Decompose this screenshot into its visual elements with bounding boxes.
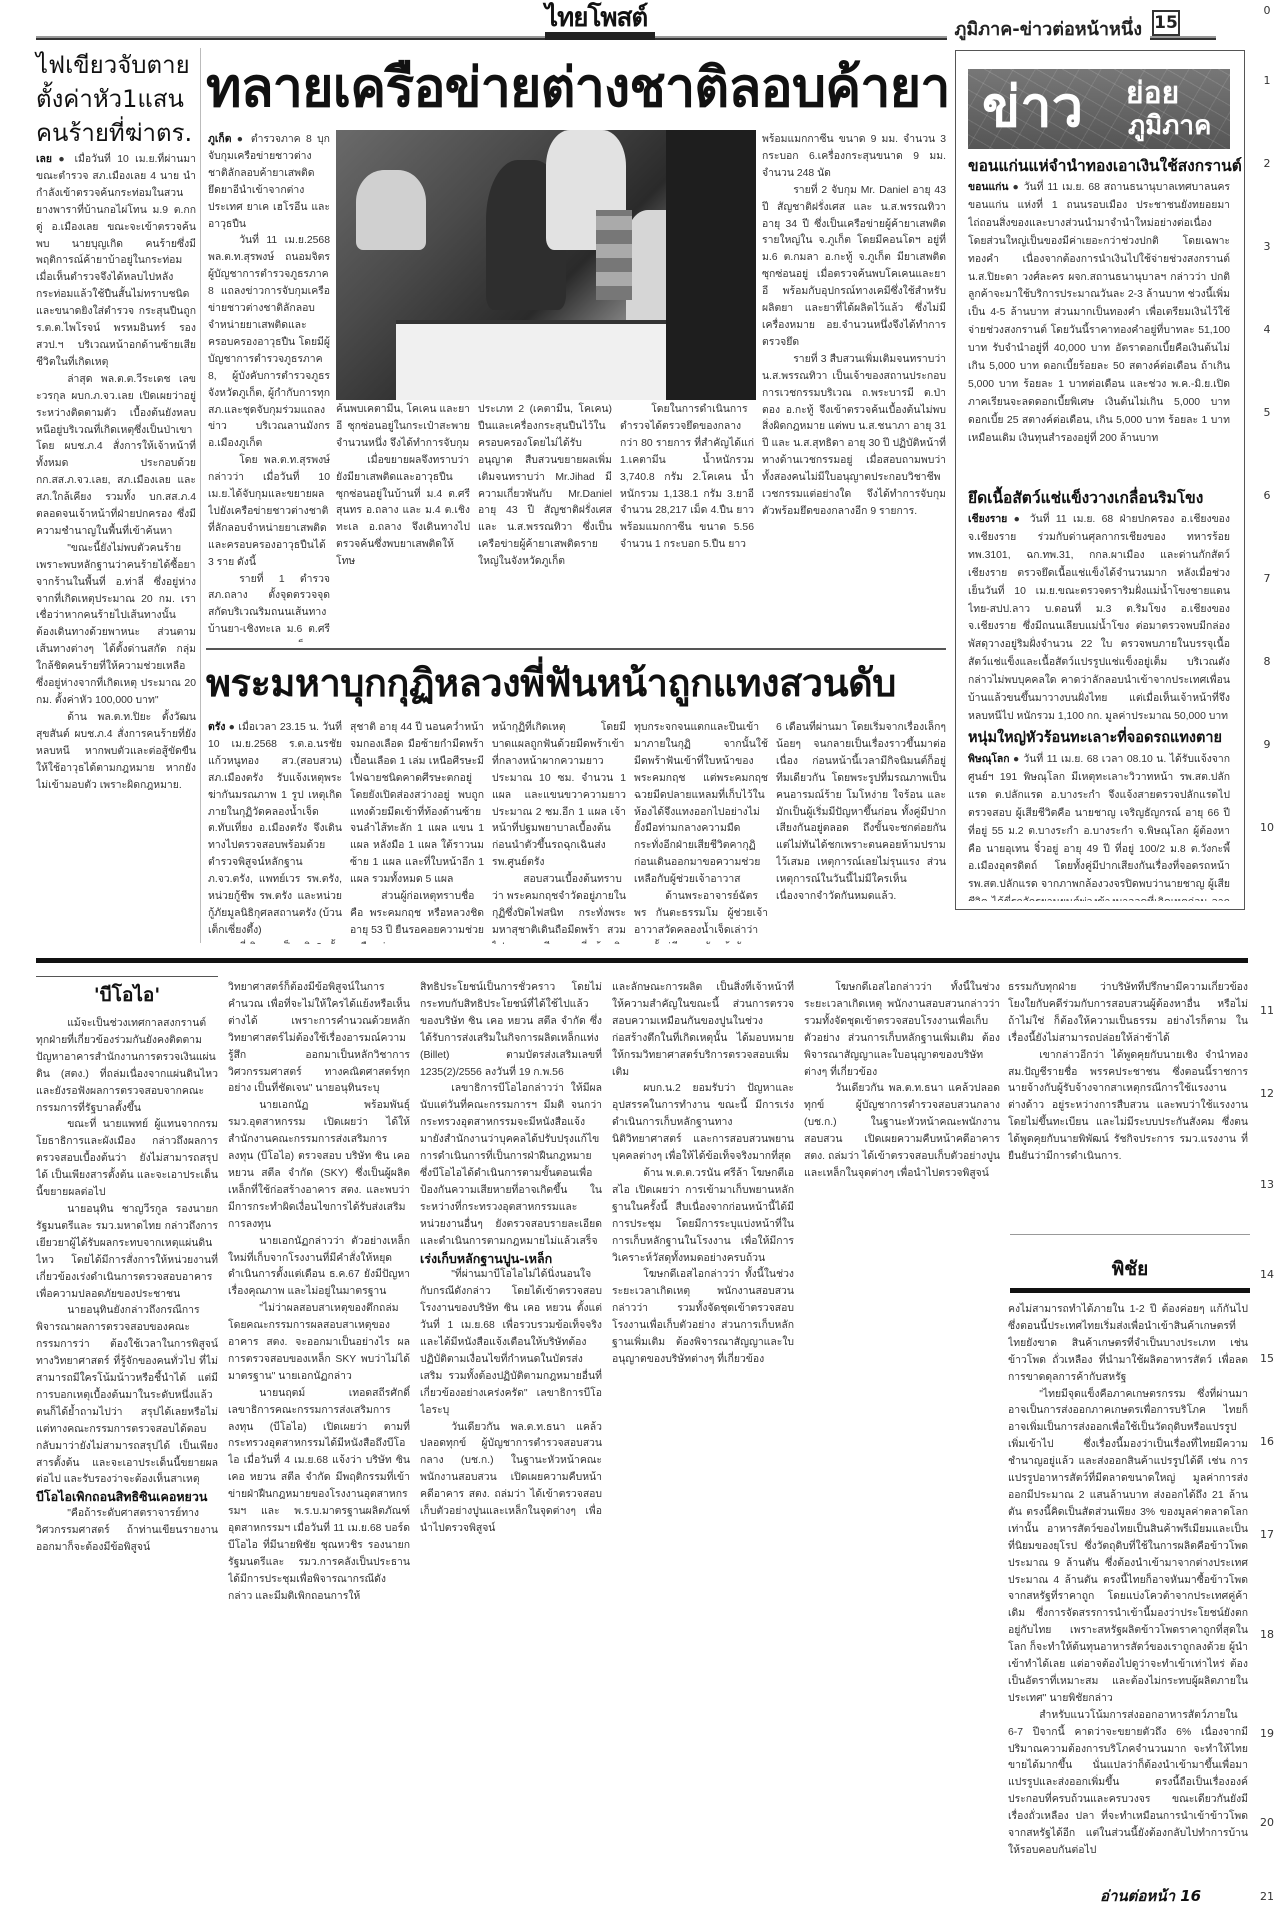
pichai-body: คงไม่สามารถทำได้ภายใน 1-2 ปี ต้องค่อยๆ แ… [1008, 1302, 1248, 1874]
photo-shadow [666, 130, 756, 400]
subheading: บีโอไอเพิกถอนสิทธิซินเคอหยวน [36, 1489, 218, 1506]
teaser-headline-line: คนร้ายที่ฆ่าตร. [36, 116, 196, 150]
paragraph: นายอนุทินยังกล่าวถึงกรณีการพิจารณาผลการต… [36, 1303, 218, 1489]
boi-col4b: โฆษกดีเอสไอกล่าวว่า ทั้งนี้ในช่วงระยะเวล… [804, 980, 1000, 1906]
paragraph: 6 เดือนที่ผ่านมา โดยเริ่มจากเรื่องเล็กๆ … [776, 720, 946, 906]
page-number: 15 [1152, 10, 1180, 36]
paragraph: เมื่อขยายผลจึงทราบว่ายังมียาเสพติดและอาว… [336, 453, 470, 571]
photo-figure [356, 170, 426, 250]
boi-col2: วิทยาศาสตร์ก็ต้องมีข้อพิสูจน์ในการคำนวณ … [228, 980, 410, 1906]
brief-headline: ขอนแก่นแห่จำนำทองเอาเงินใช้สงกรานต์ [968, 155, 1236, 177]
paragraph: ธรรมกับทุกฝ่าย ว่าบริษัทที่ปรึกษามีความเ… [1008, 980, 1248, 1048]
column-divider [200, 48, 201, 943]
second-story-col4: ทุบกระจกจนแตกและปีนเข้ามาภายในกุฏิ จากนั… [634, 720, 768, 944]
paragraph: ทุบกระจกจนแตกและปีนเข้ามาภายในกุฏิ จากนั… [634, 720, 768, 889]
paragraph: รายที่ 3 สืบสวนเพิ่มเติมจนทราบว่า น.ส.พร… [762, 352, 946, 521]
banner-title: ข่าว [982, 73, 1083, 143]
ruler-mark: 16 [1252, 1435, 1282, 1448]
paragraph: "ที่ผ่านมาบีโอไอไม่ได้นิ่งนอนใจกับกรณีดั… [420, 1267, 602, 1419]
page-ruler: 0 1 2 3 4 5 6 7 8 9 10 11 12 13 14 15 16… [1252, 0, 1282, 1920]
paragraph: วิทยาศาสตร์ก็ต้องมีข้อพิสูจน์ในการคำนวณ … [228, 980, 410, 1098]
ruler-mark: 15 [1252, 1352, 1282, 1365]
teaser-headline-line: ไฟเขียวจับตาย [36, 48, 196, 82]
paragraph: วันที่ 11 เม.ย. 68 สถานธนานุบาลเทศบาลนคร… [968, 182, 1230, 444]
second-headline: พระมหาบุกกุฏิหลวงพี่ฟันหน้าถูกแทงสวนดับ [206, 648, 946, 718]
main-story-col5: พร้อมแมกกาซีน ขนาด 9 มม. จำนวน 3 กระบอก … [762, 132, 946, 642]
masthead: ไทยโพสต์ ภูมิภาค-ข่าวต่อหน้าหนึ่ง 15 [36, 0, 1216, 44]
paragraph: แม้จะเป็นช่วงเทศกาลสงกรานต์ ทุกฝ่ายที่เก… [36, 1016, 218, 1117]
ruler-mark: 0 [1252, 4, 1282, 17]
boi-col3: สิทธิประโยชน์เป็นการชั่วคราว โดยไม่กระทบ… [420, 980, 602, 1906]
paragraph: เมื่อวันที่ 10 เม.ย.ที่ผ่านมา ขณะตำรวจ ส… [36, 154, 196, 368]
photo-pixelation [596, 210, 632, 300]
teaser-headline-line: ตั้งค่าหัว1แสน [36, 82, 196, 116]
dateline: ตรัง [208, 722, 225, 733]
ruler-mark: 18 [1252, 1628, 1282, 1641]
ruler-mark: 13 [1252, 1178, 1282, 1191]
ruler-mark: 5 [1252, 406, 1282, 419]
brief-headline: ยึดเนื้อสัตว์แช่แข็งวางเกลื่อนริมโขง [968, 487, 1236, 509]
paragraph: ตำรวจภาค 8 บุกจับกุมเครือข่ายชาวต่างชาติ… [208, 134, 330, 230]
photo-suitcase [396, 320, 696, 400]
continued-link[interactable]: อ่านต่อหน้า 16 [1100, 1884, 1201, 1908]
paragraph: หน้ากุฏิที่เกิดเหตุ โดยมีบาดแผลถูกฟันด้ว… [492, 720, 626, 872]
paragraph: โดย พล.ต.ท.สุรพงษ์กล่าวว่า เมื่อวันที่ 1… [208, 453, 330, 571]
paragraph: นายอนุทิน ชาญวีรกูล รองนายกรัฐมนตรีและ ร… [36, 1202, 218, 1303]
dateline: เลย [36, 154, 52, 165]
ruler-mark: 20 [1252, 1816, 1282, 1829]
paragraph: "ขณะนี้ยังไม่พบตัวคนร้ายเพราะพบหลักฐานว่… [36, 541, 196, 710]
paragraph: "คือถ้าระดับศาสตราจารย์ทางวิศวกรรมศาสตร์… [36, 1506, 218, 1557]
ruler-mark: 9 [1252, 738, 1282, 751]
paragraph: ด้านพระอาจารย์ฉัตรพร กันตะธรรมโม ผู้ช่วย… [634, 889, 768, 944]
paragraph: นายเอกนัฏกล่าวว่า ตัวอย่างเหล็กใหม่ที่เก… [228, 1234, 410, 1302]
paragraph: และลักษณะการผลิต เป็นสิ่งที่เจ้าหน้าที่ใ… [612, 980, 794, 1081]
paragraph: วันเดียวกัน พล.ต.ท.ธนา แคล้วปลอดทุกข์ ผู… [420, 1420, 602, 1538]
main-story-col4: โดยในการดำเนินการตำรวจได้ตรวจยึดของกลางก… [620, 402, 754, 642]
paragraph: สอบสวนเบื้องต้นทราบว่า พระคมกฤชจำวัดอยู่… [492, 872, 626, 944]
second-story-col5: 6 เดือนที่ผ่านมา โดยเริ่มจากเรื่องเล็กๆ … [776, 720, 946, 944]
column-title-rule [36, 976, 218, 977]
paragraph: วันที่ 11 เม.ย. 68 เวลา 08.10 น. ได้รับแ… [968, 754, 1230, 901]
newspaper-logo: ไทยโพสต์ [541, 4, 651, 32]
paragraph: ด้าน พล.ต.ท.ปิยะ ตั้งวัฒนสุขสันต์ ผบช.ภ.… [36, 710, 196, 795]
paragraph: "ไทยมีจุดแข็งคือภาคเกษตรกรรม ซึ่งที่ผ่าน… [1008, 1387, 1248, 1708]
second-story-col2: สุชาติ อายุ 44 ปี นอนคว่ำหน้าจมกองเลือด … [350, 720, 484, 944]
ruler-mark: 11 [1252, 1004, 1282, 1017]
paragraph: รายที่ 1 ตำรวจ สภ.ถลาง ตั้งจุดตรวจจุดสกั… [208, 572, 330, 642]
ruler-mark: 12 [1252, 1087, 1282, 1100]
paragraph: เลขาธิการบีโอไอกล่าวว่า ให้มีผลนับแต่วัน… [420, 1081, 602, 1250]
second-story-col3: หน้ากุฏิที่เกิดเหตุ โดยมีบาดแผลถูกฟันด้ว… [492, 720, 626, 944]
main-story-col3: ประเภท 2 (เคตามีน, โคเคน) ปืนและเครื่องก… [478, 402, 612, 642]
main-story-col2: ค้นพบเคตามีน, โคเคน และยาอี ซุกซ่อนอยู่ใ… [336, 402, 470, 642]
ruler-mark: 2 [1252, 157, 1282, 170]
paragraph: โฆษกดีเอสไอกล่าวว่า ทั้งนี้ในช่วงระยะเวล… [804, 980, 1000, 1081]
dateline: ขอนแก่น [968, 182, 1009, 193]
brief-body: พิษณุโลก ● วันที่ 11 เม.ย. 68 เวลา 08.10… [968, 751, 1230, 901]
main-story-col1: ภูเก็ต ● ตำรวจภาค 8 บุกจับกุมเครือข่ายชา… [208, 132, 330, 642]
subheading: เร่งเก็บหลักฐานปูน-เหล็ก [420, 1251, 602, 1268]
ruler-mark: 8 [1252, 655, 1282, 668]
dateline: เชียงราย [968, 514, 1007, 525]
paragraph: นายนฤตม์ เทอดสถีรศักดิ์ เลขาธิการคณะกรรม… [228, 1386, 410, 1606]
paragraph: ส่วนผู้ก่อเหตุทราบชื่อคือ พระคมกฤช หรือห… [350, 889, 484, 944]
briefs-banner: ข่าว ย่อย ภูมิภาค [968, 69, 1230, 149]
paragraph: โดยในการดำเนินการตำรวจได้ตรวจยึดของกลางก… [620, 402, 754, 554]
ruler-mark: 4 [1252, 323, 1282, 336]
ruler-mark: 6 [1252, 489, 1282, 502]
ruler-mark: 1 [1252, 74, 1282, 87]
paragraph: รายที่ 2 จับกุม Mr. Daniel อายุ 43 ปี สั… [762, 183, 946, 352]
column-title-rule [1010, 1234, 1250, 1235]
section-divider [36, 958, 1248, 963]
ruler-mark: 3 [1252, 240, 1282, 253]
dateline: ภูเก็ต [208, 134, 231, 145]
paragraph: ล่าสุด พล.ต.ต.วีระเดช เลขะวรกุล ผบก.ภ.จว… [36, 372, 196, 541]
column-title: พิชัย [1010, 1254, 1250, 1284]
paragraph: วันเดียวกัน พล.ต.ท.ธนา แคล้วปลอดทุกข์ ผู… [804, 1081, 1000, 1182]
paragraph: เมื่อเวลา 23.15 น. วันที่ 10 เม.ย.2568 ร… [208, 722, 342, 936]
boi-col5: ธรรมกับทุกฝ่าย ว่าบริษัทที่ปรึกษามีความเ… [1008, 980, 1248, 1218]
ruler-mark: 14 [1252, 1268, 1282, 1281]
teaser-headline: ไฟเขียวจับตาย ตั้งค่าหัว1แสน คนร้ายที่ฆ่… [36, 48, 196, 150]
paragraph: เขากล่าวอีกว่า ได้พูดคุยกับนายเชิง จำนำท… [1008, 1048, 1248, 1166]
column-title-rule [1010, 1288, 1250, 1293]
banner-subtitle: ภูมิภาค [1128, 111, 1211, 141]
banner-subtitle: ย่อย [1126, 77, 1179, 111]
paragraph: ค้นพบเคตามีน, โคเคน และยาอี ซุกซ่อนอยู่ใ… [336, 402, 470, 453]
logo-tagline-bar [545, 32, 655, 40]
brief-body: ขอนแก่น ● วันที่ 11 เม.ย. 68 สถานธนานุบา… [968, 179, 1230, 485]
ruler-mark: 17 [1252, 1528, 1282, 1541]
ruler-mark: 7 [1252, 572, 1282, 585]
brief-body: เชียงราย ● วันที่ 11 เม.ย. 68 ฝ่ายปกครอง… [968, 511, 1230, 725]
brief-headline: หนุ่มใหญ่หัวร้อนทะเลาะที่จอดรถแทงตาย [968, 727, 1236, 749]
boi-col4: และลักษณะการผลิต เป็นสิ่งที่เจ้าหน้าที่ใ… [612, 980, 794, 1906]
ruler-mark: 10 [1252, 821, 1282, 834]
dateline: พิษณุโลก [968, 754, 1010, 765]
paragraph: ประเภท 2 (เคตามีน, โคเคน) ปืนและเครื่องก… [478, 402, 612, 571]
paragraph: สิทธิประโยชน์เป็นการชั่วคราว โดยไม่กระทบ… [420, 980, 602, 1081]
paragraph: พร้อมแมกกาซีน ขนาด 9 มม. จำนวน 3 กระบอก … [762, 132, 946, 183]
paragraph: สำหรับแนวโน้มการส่งออกอาหารสัตว์ภายใน 6-… [1008, 1708, 1248, 1860]
paragraph: ขณะที่ นายแพทย์ ผู้แทนจากกรมโยธาธิการและ… [36, 1117, 218, 1202]
second-story-col1: ตรัง ● เมื่อเวลา 23.15 น. วันที่ 10 เม.ย… [208, 720, 342, 944]
newspaper-page: ไทยโพสต์ ภูมิภาค-ข่าวต่อหน้าหนึ่ง 15 0 1… [0, 0, 1282, 1920]
boi-col1: แม้จะเป็นช่วงเทศกาลสงกรานต์ ทุกฝ่ายที่เก… [36, 1016, 218, 1906]
paragraph: นายเอกนัฏ พร้อมพันธุ์ รมว.อุตสาหกรรม เปิ… [228, 1098, 410, 1233]
paragraph: คงไม่สามารถทำได้ภายใน 1-2 ปี ต้องค่อยๆ แ… [1008, 1302, 1248, 1387]
ruler-mark: 19 [1252, 1727, 1282, 1740]
main-headline: ทลายเครือข่ายต่างชาติลอบค้ายา [206, 48, 946, 128]
paragraph: วันที่ 11 เม.ย.2568 พล.ต.ท.สุรพงษ์ ถนอมจ… [208, 233, 330, 453]
section-label: ภูมิภาค-ข่าวต่อหน้าหนึ่ง [947, 14, 1150, 43]
paragraph: "ไม่ว่าผลสอบสาเหตุของตึกถล่มโดยคณะกรรมกา… [228, 1301, 410, 1386]
paragraph: ด้าน พ.ต.ต.วรนัน ศรีล้า โฆษกตีเอสไอ เปิด… [612, 1166, 794, 1267]
paragraph: ที่เกิดเหตุเป็นกุฏิ 2 ชั้น ในกุฏิชั้น 1 … [208, 940, 342, 944]
column-title: 'บีโอไอ' [36, 980, 218, 1010]
paragraph: วันที่ 11 เม.ย. 68 ฝ่ายปกครอง อ.เชียงของ… [968, 514, 1230, 722]
paragraph: โฆษกดีเอสไอกล่าวว่า ทั้งนี้ในช่วงระยะเวล… [612, 1267, 794, 1368]
ruler-mark: 21 [1252, 1890, 1282, 1903]
teaser-body: เลย ● เมื่อวันที่ 10 เม.ย.ที่ผ่านมา ขณะต… [36, 152, 196, 944]
regional-briefs-box: ข่าว ย่อย ภูมิภาค ขอนแก่นแห่จำนำทองเอาเง… [955, 50, 1245, 910]
paragraph: สุชาติ อายุ 44 ปี นอนคว่ำหน้าจมกองเลือด … [350, 720, 484, 889]
news-photo-police-raid [336, 130, 756, 400]
paragraph: ผบก.น.2 ยอมรับว่า ปัญหาและอุปสรรคในการทำ… [612, 1081, 794, 1166]
